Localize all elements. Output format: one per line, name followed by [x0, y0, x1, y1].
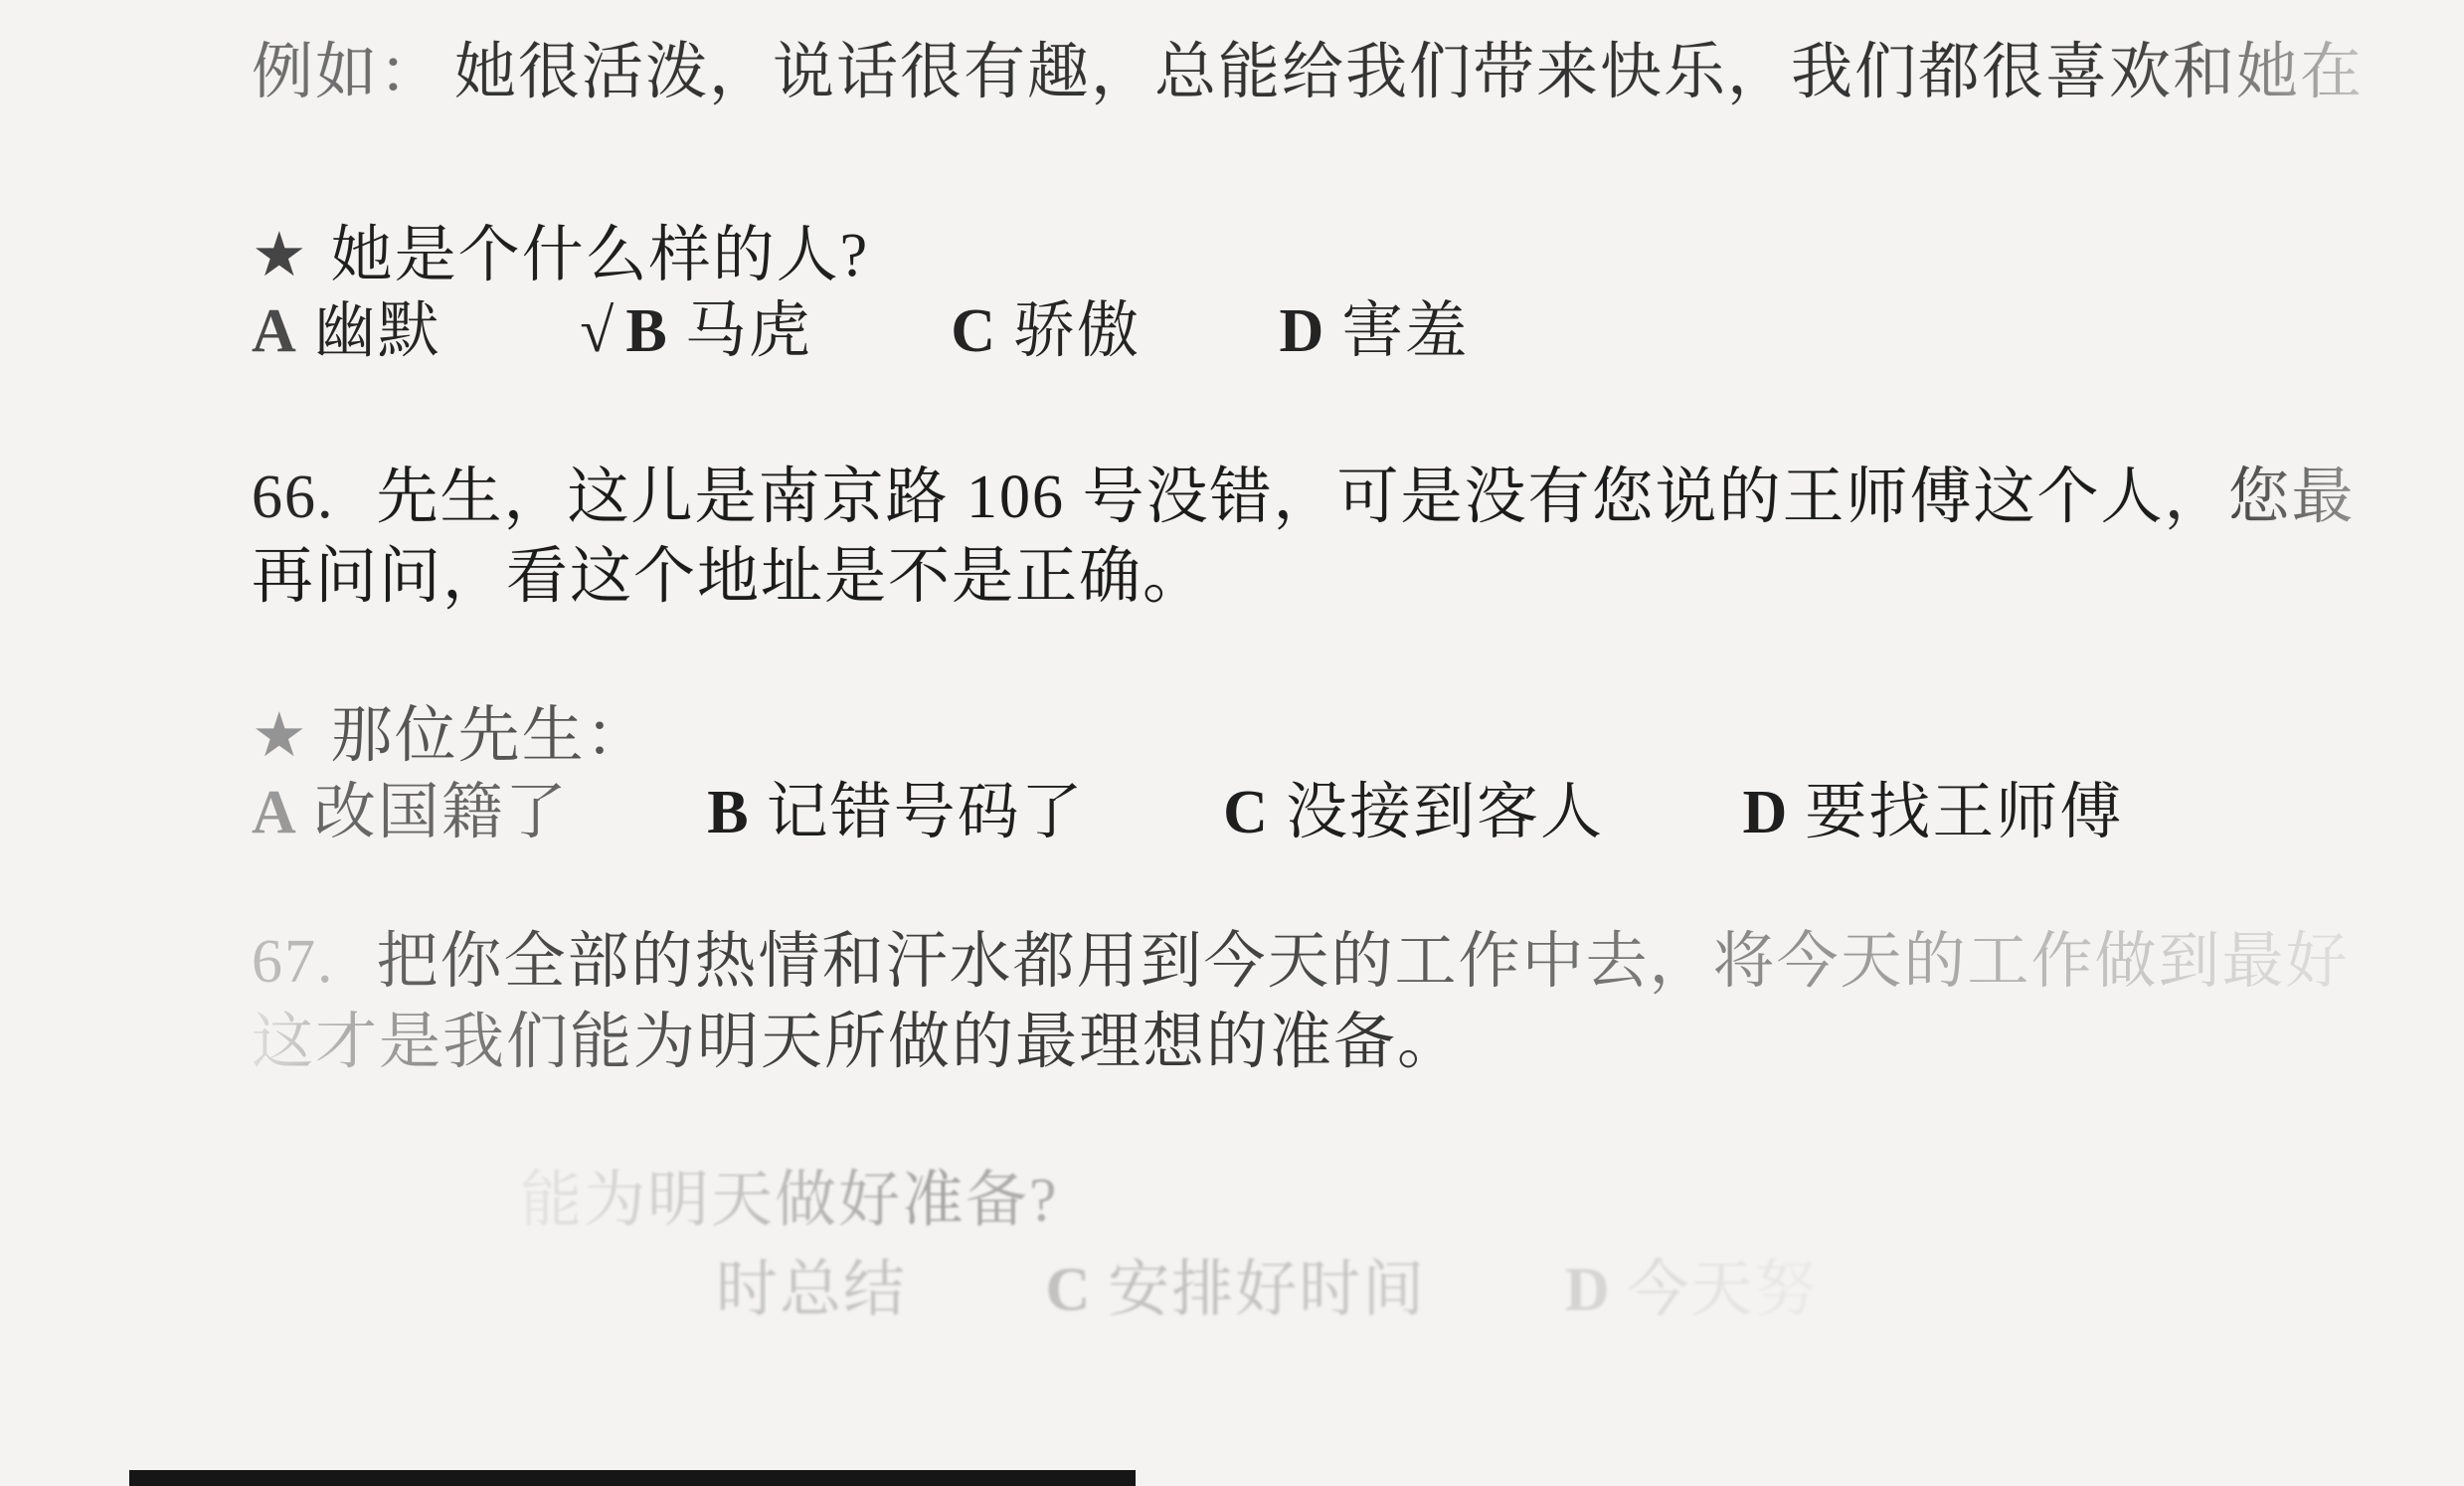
question-number: 67. [252, 927, 335, 998]
option-letter: C [951, 297, 997, 365]
option-letter: B [625, 297, 668, 365]
option-text: 幽默 [314, 297, 441, 365]
question-66-line1: 66.先生，这儿是南京路 106 号没错，可是没有您说的王师傅这个人，您最 [252, 463, 2356, 533]
question-66-prompt-text: 那位先生： [331, 702, 649, 770]
option-letter: A [252, 297, 298, 365]
question-66-prompt: ★那位先生： [252, 701, 649, 772]
question-67-prompt-text: 能为明天做好准备? [520, 1167, 1059, 1234]
question-66-options: A改国籍了 B记错号码了 C没接到客人 D要找王师傅 [252, 778, 2123, 848]
option-text: 改国籍了 [314, 779, 569, 846]
question-66-text1: 先生，这儿是南京路 106 号没错，可是没有您说的王师傅这个人，您最 [377, 464, 2356, 531]
example-prefix: 例如： [252, 39, 442, 106]
option-letter: D [1280, 297, 1326, 365]
option-text: 骄傲 [1013, 297, 1141, 365]
question-67-text1: 把你全部的热情和汗水都用到今天的工作中去，将今天的工作做到最好 [377, 928, 2350, 996]
option-letter: A [252, 779, 298, 846]
option-letter: B [707, 779, 750, 846]
option-d: D要找王师傅 [1742, 779, 2123, 846]
question-67-prompt-faded: 能为明天做好准备? [520, 1166, 1059, 1236]
option-c: C没接到客人 [1223, 779, 1604, 846]
option-text: 安排好时间 [1108, 1256, 1426, 1324]
question-67-options-faded: 时总结 C安排好时间 D今天努 [716, 1255, 1819, 1326]
example-question: ★她是个什么样的人? [252, 221, 869, 291]
option-text: 没接到客人 [1286, 779, 1604, 846]
progress-bar[interactable] [129, 1470, 1136, 1486]
option-letter: D [1565, 1256, 1612, 1324]
option-b-checked: √B马虎 [580, 297, 811, 365]
star-icon: ★ [252, 222, 309, 289]
option-text: 今天努 [1628, 1256, 1819, 1324]
option-a: A改国籍了 [252, 779, 569, 846]
option-a: A幽默 [252, 297, 441, 365]
option-b: B记错号码了 [707, 779, 1084, 846]
question-66-line2: 再问问，看这个地址是不是正确。 [252, 542, 1206, 613]
example-text: 她很活泼，说话很有趣，总能给我们带来快乐，我们都很喜欢和她在 [454, 39, 2364, 106]
option-letter: D [1742, 779, 1789, 846]
option-letter: C [1046, 1256, 1093, 1324]
example-options: A幽默 √B马虎 C骄傲 D害羞 [252, 296, 1469, 367]
question-66-text2: 再问问，看这个地址是不是正确。 [252, 543, 1206, 611]
option-text: 要找王师傅 [1805, 779, 2123, 846]
option-text: 记错号码了 [767, 779, 1085, 846]
question-number: 66. [252, 463, 335, 533]
example-question-text: 她是个什么样的人? [331, 222, 870, 289]
option-d: D害羞 [1280, 297, 1470, 365]
question-67-line2: 这才是我们能为明天所做的最理想的准备。 [252, 1008, 1461, 1078]
test-paper-page: 例如：她很活泼，说话很有趣，总能给我们带来快乐，我们都很喜欢和她在 ★她是个什么… [0, 0, 2464, 1486]
option-text: 害羞 [1341, 297, 1469, 365]
option-b-fragment: 时总结 [716, 1256, 907, 1324]
option-d: D今天努 [1565, 1256, 1819, 1324]
option-text: 马虎 [685, 297, 812, 365]
checkmark-icon: √ [580, 297, 616, 365]
option-text: 时总结 [716, 1256, 907, 1324]
option-c: C安排好时间 [1046, 1256, 1427, 1324]
star-icon: ★ [252, 702, 309, 770]
example-sentence: 例如：她很活泼，说话很有趣，总能给我们带来快乐，我们都很喜欢和她在 [252, 38, 2364, 108]
question-67-line1: 67.把你全部的热情和汗水都用到今天的工作中去，将今天的工作做到最好 [252, 927, 2350, 998]
option-c: C骄傲 [951, 297, 1141, 365]
question-67-text2: 这才是我们能为明天所做的最理想的准备。 [252, 1009, 1461, 1076]
option-letter: C [1223, 779, 1270, 846]
